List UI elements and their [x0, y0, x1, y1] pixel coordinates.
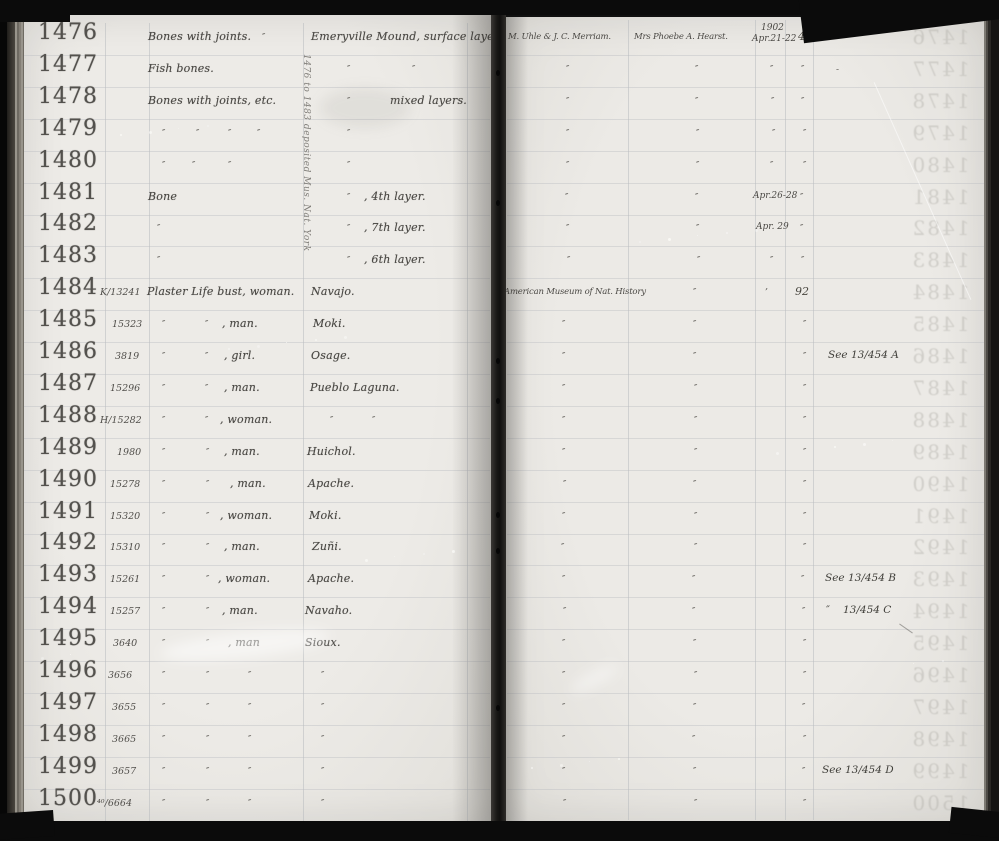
page-edge-stack — [15, 12, 24, 830]
ditto-mark: ″ — [803, 161, 806, 171]
ditto-mark: ″ — [803, 799, 806, 809]
bleed-through-number: 1480 — [908, 153, 972, 177]
ditto-mark: ″ — [562, 448, 565, 458]
bleed-through-number: 1496 — [908, 663, 972, 687]
ditto-mark: ″ — [162, 543, 165, 553]
bleed-through-number: 1487 — [908, 376, 972, 400]
ditto-mark: ″ — [566, 224, 569, 234]
bleed-through-number: 1498 — [908, 727, 972, 751]
book-spine — [0, 0, 7, 841]
ditto-mark: ″ — [694, 448, 697, 458]
dust-speck — [41, 657, 44, 660]
bleed-through-number: 1488 — [908, 408, 972, 432]
handwritten-cell: 15296 — [110, 383, 140, 394]
ditto-mark: ″ — [563, 607, 566, 617]
ditto-mark: ″ — [206, 799, 209, 809]
bleed-through-number: 1491 — [908, 504, 972, 528]
handwritten-cell: ⁴⁰/6664 — [97, 798, 132, 809]
ditto-mark: ″ — [826, 604, 830, 616]
ditto-mark: ″ — [206, 767, 209, 777]
ditto-mark: ″ — [162, 671, 165, 681]
binding-stitch — [496, 548, 500, 554]
dust-speck — [120, 134, 122, 136]
ditto-mark: ″ — [248, 735, 251, 745]
entry-number: 1479 — [28, 116, 98, 141]
ditto-mark: ″ — [206, 703, 209, 713]
ditto-mark: ″ — [694, 799, 697, 809]
ditto-mark: ″ — [205, 320, 208, 330]
handwritten-cell: , man. — [224, 381, 260, 394]
dust-speck — [257, 345, 260, 348]
ditto-mark: ″ — [694, 384, 697, 394]
ditto-mark: ″ — [162, 352, 165, 362]
handwritten-cell: Zuñi. — [312, 540, 342, 553]
dust-speck — [863, 443, 866, 446]
handwritten-cell: Huichol. — [307, 445, 356, 458]
entry-number: 1487 — [28, 371, 98, 396]
handwritten-cell: Plaster Life bust, woman. — [147, 285, 295, 298]
ditto-mark: ″ — [412, 65, 415, 75]
ditto-mark: ″ — [696, 224, 699, 234]
ditto-mark: ″ — [696, 161, 699, 171]
ditto-mark: ″ — [803, 352, 806, 362]
handwritten-cell: 15278 — [110, 479, 140, 490]
binding-stitch — [496, 200, 500, 206]
dust-speck — [913, 663, 914, 664]
ditto-mark: ″ — [801, 256, 804, 266]
dust-speck — [639, 241, 641, 243]
binding-stitch — [496, 70, 500, 76]
ditto-mark: ″ — [206, 448, 209, 458]
bleed-through-number: 1483 — [908, 248, 972, 272]
ditto-mark: ″ — [206, 575, 209, 585]
handwritten-cell: , 6th layer. — [364, 253, 426, 266]
entry-number: 1481 — [28, 180, 98, 205]
dust-speck — [149, 131, 152, 134]
handwritten-cell: 3655 — [112, 702, 136, 713]
ditto-mark: ″ — [562, 384, 565, 394]
handwritten-cell: 92 — [795, 285, 809, 298]
handwritten-cell: See 13/454 A — [828, 349, 899, 361]
ditto-mark: ″ — [693, 767, 696, 777]
ditto-mark: ″ — [162, 416, 165, 426]
handwritten-cell: 3640 — [113, 638, 137, 649]
ditto-mark: ″ — [803, 129, 806, 139]
entry-number: 1490 — [28, 467, 98, 492]
dust-speck — [755, 229, 758, 232]
dust-speck — [315, 339, 317, 341]
entry-number: 1482 — [28, 211, 98, 236]
ditto-mark: ″ — [162, 448, 165, 458]
ditto-mark: ″ — [693, 320, 696, 330]
ditto-mark: ″ — [695, 97, 698, 107]
dust-speck — [394, 556, 395, 557]
ditto-mark: ″ — [694, 543, 697, 553]
handwritten-cell: , woman. — [220, 413, 272, 426]
ditto-mark: ″ — [803, 384, 806, 394]
ditto-mark: ″ — [206, 735, 209, 745]
marginal-note-rotated: 1476 to 1483 deposited Mus. Nat. York — [301, 54, 311, 252]
handwritten-cell: Osage. — [311, 349, 350, 362]
ditto-mark: ″ — [696, 129, 699, 139]
ditto-mark: ″ — [567, 256, 570, 266]
entry-number: 1480 — [28, 148, 98, 173]
ditto-mark: ″ — [372, 416, 375, 426]
ditto-mark: ″ — [562, 671, 565, 681]
ditto-mark: ″ — [771, 97, 774, 107]
ditto-mark: ″ — [162, 480, 165, 490]
ditto-mark: ″ — [803, 480, 806, 490]
ditto-mark: ″ — [770, 256, 773, 266]
ditto-mark: ″ — [562, 639, 565, 649]
dust-speck — [178, 128, 179, 129]
binding-stitch — [496, 705, 500, 711]
ditto-mark: ″ — [162, 767, 165, 777]
handwritten-cell: Mrs Phoebe A. Hearst. — [634, 32, 728, 42]
handwritten-cell: 1980 — [117, 447, 141, 458]
bleed-through-number: 1485 — [908, 312, 972, 336]
ditto-mark: ″ — [162, 129, 165, 139]
ditto-mark: ″ — [162, 607, 165, 617]
handwritten-cell: 1902 — [761, 23, 784, 33]
ditto-mark: ″ — [692, 607, 695, 617]
entry-number: 1478 — [28, 84, 98, 109]
ditto-mark: ″ — [205, 416, 208, 426]
handwritten-cell: K/13241 — [100, 287, 141, 298]
ditto-mark: ″ — [321, 703, 324, 713]
paper-stain — [320, 88, 410, 128]
dust-speck — [942, 660, 944, 662]
entry-number: 1483 — [28, 243, 98, 268]
ditto-mark: ″ — [693, 703, 696, 713]
gutter-shadow — [506, 17, 528, 822]
ditto-mark: ″ — [257, 129, 260, 139]
ditto-mark: ″ — [206, 543, 209, 553]
ditto-mark: ″ — [162, 703, 165, 713]
ditto-mark: ″ — [228, 129, 231, 139]
bleed-through-number: 1497 — [908, 695, 972, 719]
ditto-mark: ″ — [562, 512, 565, 522]
handwritten-cell: ’ — [765, 288, 768, 298]
bleed-through-number: 1494 — [908, 599, 972, 623]
handwritten-cell: , woman. — [218, 572, 270, 585]
handwritten-cell: 3657 — [112, 766, 136, 777]
handwritten-cell: Pueblo Laguna. — [310, 381, 400, 394]
ditto-mark: ″ — [802, 703, 805, 713]
ditto-mark: ″ — [566, 97, 569, 107]
ditto-mark: ″ — [693, 480, 696, 490]
ditto-mark: ″ — [802, 607, 805, 617]
handwritten-cell: 15310 — [110, 542, 140, 553]
ditto-mark: ″ — [803, 671, 806, 681]
ditto-mark: ″ — [562, 352, 565, 362]
dust-speck — [697, 235, 698, 236]
ditto-mark: ″ — [801, 575, 804, 585]
dust-speck — [286, 342, 287, 343]
handwritten-cell: Apr.21-22 — [752, 34, 796, 44]
photo-border-corner — [0, 0, 70, 22]
ditto-mark: ″ — [347, 161, 350, 171]
handwritten-cell: - — [836, 65, 839, 75]
entry-number: 1484 — [28, 275, 98, 300]
entry-number: 1476 — [28, 20, 98, 45]
handwritten-cell: , girl. — [224, 349, 255, 362]
ledger-photo: 1476Bones with joints.″Emeryville Mound,… — [0, 0, 999, 841]
handwritten-cell: Apache. — [308, 572, 354, 585]
handwritten-cell: Bones with joints. — [148, 30, 251, 43]
ditto-mark: ″ — [321, 735, 324, 745]
dust-speck — [589, 761, 590, 762]
ditto-mark: ″ — [206, 480, 209, 490]
dust-speck — [531, 767, 533, 769]
handwritten-cell: Bones with joints, etc. — [148, 94, 276, 107]
photo-border-bottom — [0, 821, 999, 841]
book-cover-edge — [7, 8, 15, 834]
ditto-mark: ″ — [694, 671, 697, 681]
ditto-mark: ″ — [162, 320, 165, 330]
entry-number: 1485 — [28, 307, 98, 332]
entry-number: 1500 — [28, 786, 98, 811]
ditto-mark: ″ — [162, 384, 165, 394]
handwritten-cell: Moki. — [313, 317, 346, 330]
photo-border-corner — [0, 810, 55, 840]
ditto-mark: ″ — [196, 129, 199, 139]
dust-speck — [423, 553, 425, 555]
ditto-mark: ″ — [205, 384, 208, 394]
handwritten-cell: , man. — [230, 477, 266, 490]
bleed-through-number: 1493 — [908, 567, 972, 591]
ditto-mark: ″ — [321, 799, 324, 809]
bleed-through-number: 1492 — [908, 535, 972, 559]
bleed-through-number: 1490 — [908, 472, 972, 496]
dust-speck — [805, 449, 806, 450]
entry-number: 1496 — [28, 658, 98, 683]
bleed-through-number: 1499 — [908, 759, 972, 783]
ditto-mark: ″ — [347, 224, 350, 234]
gutter-shadow — [452, 15, 492, 823]
dust-speck — [726, 232, 728, 234]
ditto-mark: ″ — [565, 193, 568, 203]
dust-speck — [344, 336, 347, 339]
ditto-mark: ″ — [206, 512, 209, 522]
ditto-mark: ″ — [162, 512, 165, 522]
entry-number: 1486 — [28, 339, 98, 364]
ditto-mark: ″ — [228, 161, 231, 171]
ditto-mark: ″ — [694, 416, 697, 426]
handwritten-cell: Navaho. — [305, 604, 352, 617]
handwritten-cell: , man. — [224, 540, 260, 553]
ditto-mark: ″ — [330, 416, 333, 426]
ditto-mark: ″ — [803, 416, 806, 426]
ditto-mark: ″ — [561, 543, 564, 553]
ditto-mark: ″ — [562, 735, 565, 745]
dust-speck — [91, 137, 92, 138]
ditto-mark: ″ — [566, 161, 569, 171]
ditto-mark: ″ — [192, 161, 195, 171]
ditto-mark: ″ — [800, 224, 803, 234]
ditto-mark: ″ — [321, 767, 324, 777]
ditto-mark: ″ — [248, 703, 251, 713]
binding-stitch — [496, 398, 500, 404]
handwritten-cell: H/15282 — [100, 415, 142, 426]
dust-speck — [834, 446, 836, 448]
handwritten-cell: , man. — [222, 604, 258, 617]
entry-number: 1497 — [28, 690, 98, 715]
dust-speck — [70, 654, 71, 655]
entry-number: 1495 — [28, 626, 98, 651]
ditto-mark: ″ — [162, 575, 165, 585]
ditto-mark: ″ — [206, 671, 209, 681]
ditto-mark: ″ — [692, 735, 695, 745]
ditto-mark: ″ — [803, 512, 806, 522]
bleed-through-number: 1478 — [908, 89, 972, 113]
handwritten-cell: 15261 — [110, 574, 140, 585]
ditto-mark: ″ — [205, 352, 208, 362]
binding-stitch — [496, 358, 500, 364]
bleed-through-number: 1481 — [908, 185, 972, 209]
ditto-mark: ″ — [803, 543, 806, 553]
entry-number: 1477 — [28, 52, 98, 77]
ditto-mark: ″ — [803, 320, 806, 330]
dust-speck — [776, 452, 779, 455]
handwritten-cell: See 13/454 B — [825, 572, 896, 584]
ditto-mark: ″ — [770, 65, 773, 75]
handwritten-cell: Apr. 29 — [756, 222, 789, 232]
ditto-mark: ″ — [157, 256, 160, 266]
bleed-through-number: 1477 — [908, 57, 972, 81]
dust-speck — [892, 440, 893, 441]
handwritten-cell: See 13/454 D — [822, 764, 894, 776]
ditto-mark: ″ — [562, 703, 565, 713]
ditto-mark: ″ — [695, 65, 698, 75]
ditto-mark: ″ — [162, 735, 165, 745]
ditto-mark: ″ — [157, 224, 160, 234]
entry-number: 1492 — [28, 530, 98, 555]
entry-number: 1493 — [28, 562, 98, 587]
ditto-mark: ″ — [321, 671, 324, 681]
handwritten-cell: , 7th layer. — [364, 221, 426, 234]
handwritten-cell: Fish bones. — [148, 62, 214, 75]
handwritten-cell: 3665 — [112, 734, 136, 745]
binding-stitch — [496, 512, 500, 518]
handwritten-cell: 15257 — [110, 606, 140, 617]
ditto-mark: ″ — [248, 767, 251, 777]
bleed-through-number: 1486 — [908, 344, 972, 368]
ditto-mark: ″ — [801, 97, 804, 107]
ditto-mark: ″ — [248, 671, 251, 681]
handwritten-cell: , man. — [224, 445, 260, 458]
ditto-mark: ″ — [566, 129, 569, 139]
bleed-through-number: 1495 — [908, 631, 972, 655]
ditto-mark: ″ — [562, 575, 565, 585]
bleed-through-number: 1479 — [908, 121, 972, 145]
ditto-mark: ″ — [563, 480, 566, 490]
handwritten-cell: , man. — [222, 317, 258, 330]
dust-speck — [560, 764, 563, 767]
handwritten-cell: Moki. — [309, 509, 342, 522]
entry-number: 1491 — [28, 499, 98, 524]
ditto-mark: ″ — [563, 799, 566, 809]
handwritten-cell: 15323 — [112, 319, 142, 330]
ditto-mark: ″ — [206, 607, 209, 617]
dust-speck — [228, 348, 230, 350]
handwritten-cell: 3656 — [108, 670, 132, 681]
ditto-mark: ″ — [772, 129, 775, 139]
ditto-mark: ″ — [693, 288, 696, 298]
handwritten-cell: Apr.26-28 — [753, 191, 797, 201]
ditto-mark: ″ — [162, 161, 165, 171]
ditto-mark: ″ — [566, 65, 569, 75]
entry-number: 1489 — [28, 435, 98, 460]
handwritten-cell: 15320 — [110, 511, 140, 522]
ditto-mark: ″ — [262, 33, 265, 43]
ditto-mark: ″ — [695, 193, 698, 203]
ditto-mark: ″ — [803, 639, 806, 649]
ditto-mark: ″ — [248, 799, 251, 809]
ditto-mark: ″ — [697, 256, 700, 266]
entry-number: 1499 — [28, 754, 98, 779]
ditto-mark: ″ — [694, 512, 697, 522]
dust-speck — [618, 758, 620, 760]
dust-speck — [207, 125, 209, 127]
ditto-mark: ″ — [562, 320, 565, 330]
ditto-mark: ″ — [347, 65, 350, 75]
ditto-mark: ″ — [562, 416, 565, 426]
handwritten-cell: 3819 — [115, 351, 139, 362]
ditto-mark: ″ — [770, 161, 773, 171]
ditto-mark: ″ — [803, 735, 806, 745]
dust-speck — [668, 238, 671, 241]
ditto-mark: ″ — [693, 352, 696, 362]
handwritten-cell: Bone — [148, 190, 177, 203]
ditto-mark: ″ — [347, 256, 350, 266]
entry-number: 1494 — [28, 594, 98, 619]
ditto-mark: ″ — [347, 193, 350, 203]
entry-number: 1488 — [28, 403, 98, 428]
ditto-mark: ″ — [802, 767, 805, 777]
ditto-mark: ″ — [801, 65, 804, 75]
handwritten-cell: 13/454 C — [843, 604, 891, 616]
ditto-mark: ″ — [692, 575, 695, 585]
ditto-mark: ″ — [562, 767, 565, 777]
handwritten-cell: , 4th layer. — [364, 190, 426, 203]
handwritten-cell: Apache. — [308, 477, 354, 490]
handwritten-cell: , woman. — [220, 509, 272, 522]
ditto-mark: ″ — [693, 639, 696, 649]
page-edge-stack-right — [984, 14, 999, 826]
handwritten-cell: Navajo. — [311, 285, 355, 298]
dust-speck — [365, 559, 368, 562]
entry-number: 1498 — [28, 722, 98, 747]
bleed-through-number: 1489 — [908, 440, 972, 464]
ditto-mark: ″ — [347, 129, 350, 139]
ditto-mark: ″ — [800, 193, 803, 203]
ditto-mark: ″ — [162, 799, 165, 809]
